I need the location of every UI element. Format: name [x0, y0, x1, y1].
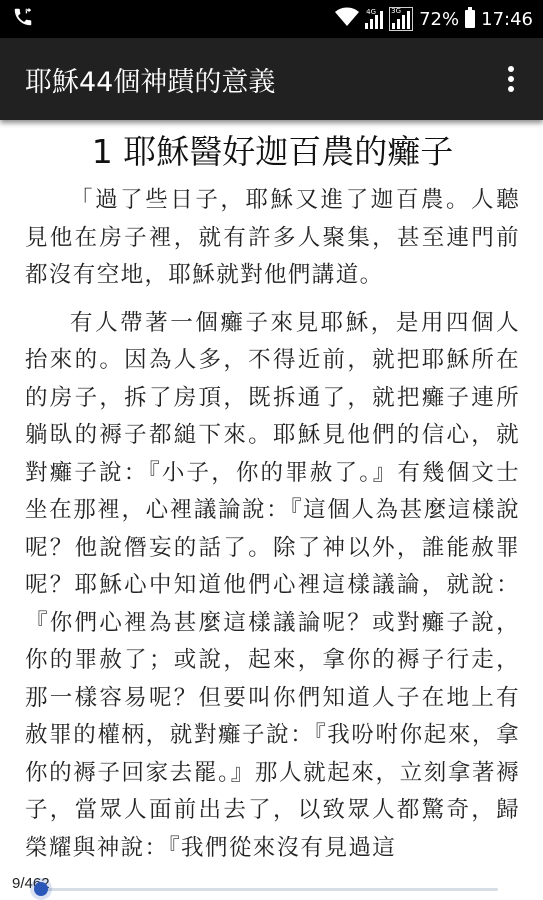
signal-3g-icon: 3G	[389, 7, 413, 31]
paragraph: 「過了些日子，耶穌又進了迦百農。人聽見他在房子裡，就有許多人聚集，甚至連門前都沒…	[25, 182, 520, 295]
more-vert-icon-dot	[508, 76, 514, 82]
app-bar: 耶穌44個神蹟的意義	[0, 38, 543, 120]
wifi-icon	[335, 7, 359, 31]
signal-4g-icon: 4G	[365, 9, 383, 29]
clock: 17:46	[481, 9, 533, 30]
battery-icon	[465, 10, 475, 28]
app-title: 耶穌44個神蹟的意義	[25, 60, 275, 99]
page-slider-thumb[interactable]	[34, 882, 48, 896]
pager-bar: 9/462	[0, 860, 543, 900]
call-forward-icon	[12, 6, 34, 32]
chapter-title: 1 耶穌醫好迦百農的癱子	[25, 130, 520, 174]
more-vert-icon-dot	[508, 86, 514, 92]
status-bar: 4G 3G 72% 17:46	[0, 0, 543, 38]
reader-content[interactable]: 1 耶穌醫好迦百農的癱子 「過了些日子，耶穌又進了迦百農。人聽見他在房子裡，就有…	[0, 120, 543, 860]
paragraph: 有人帶著一個癱子來見耶穌，是用四個人抬來的。因為人多，不得近前，就把耶穌所在的房…	[25, 305, 520, 861]
more-options-button[interactable]	[499, 59, 523, 99]
more-vert-icon	[508, 66, 514, 72]
page-slider-track[interactable]	[40, 888, 498, 891]
battery-percent: 72%	[419, 9, 459, 30]
